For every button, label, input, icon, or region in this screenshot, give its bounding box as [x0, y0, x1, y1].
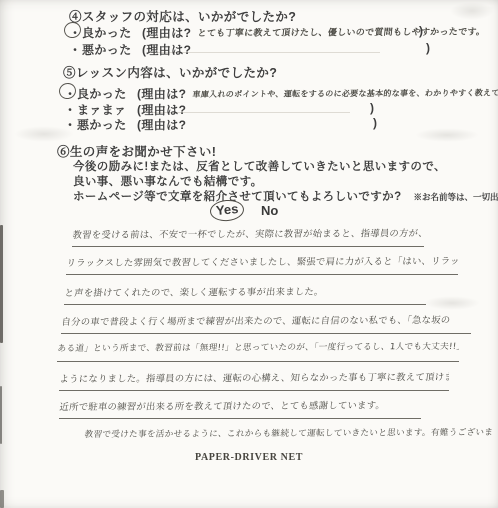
scan-smudge	[450, 2, 494, 20]
answer-yes: Yes	[210, 200, 244, 221]
response-line: ようになりました。指導員の方には、運転の心構え、知らなかった事も丁寧に教えて頂け…	[59, 371, 449, 391]
answer-no: No	[261, 203, 278, 218]
q6-intro-line-1: 今後の励みに!または、反省として改善していきたいと思いますので、	[73, 158, 446, 174]
option-bullet: ・	[64, 116, 77, 133]
closing-paren: )	[426, 41, 430, 55]
brand-footer: PAPER-DRIVER NET	[0, 452, 498, 463]
yes-label: Yes	[215, 201, 239, 218]
option-label: 悪かった	[77, 116, 131, 133]
question-5-title: ⑤レッスン内容は、いかがでしたか?	[63, 63, 277, 81]
q5-option-bad: ・ 悪かった (理由は?	[64, 116, 186, 133]
scanned-survey-page: ④スタッフの対応は、いかがでしたか? ・ 良かった (理由は? とても丁寧に教え…	[0, 0, 498, 508]
no-label: No	[261, 203, 278, 218]
response-line: 自分の車で普段よく行く場所まで練習が出来たので、運転に自信のない私でも、「急な坂…	[61, 314, 471, 334]
reason-label: (理由は?	[137, 116, 186, 133]
response-line: ある道」という所まで、教習前は「無理!!」と思っていたのが、「一度行ってるし、1…	[57, 342, 459, 362]
response-line: リラックスした雰囲気で教習してくださいましたし、緊張で肩に力が入ると「はい、リラ…	[66, 255, 458, 275]
q5-option-good: ・ 良かった (理由は? 車庫入れのポイントや、運転をするのに必要な基本的な事を…	[64, 85, 498, 102]
handwritten-answer: とても丁寧に教えて頂けたし、優しいので質問もしやすかったです。	[197, 24, 486, 39]
response-line: 教習を受ける前は、不安で一杯でしたが、実際に教習が始まると、指導員の方が、終始	[72, 227, 424, 247]
response-line: と声を掛けてくれたので、楽しく運転する事が出来ました。	[64, 285, 426, 305]
option-bullet: ・	[69, 24, 82, 41]
option-label: 良かった	[77, 85, 131, 102]
q4-option-bad: ・ 悪かった (理由は?	[69, 41, 191, 58]
reason-label: (理由は?	[142, 41, 191, 58]
scan-edge-artifact	[0, 490, 4, 508]
q6-intro-line-2: 良い事、悪い事なんでも結構です。	[73, 173, 262, 189]
option-bullet: ・	[69, 41, 82, 58]
response-line: 教習で受けた事を活かせるように、これからも継続して運転していきたいと思います。有…	[84, 428, 492, 447]
option-bullet: ・	[64, 85, 77, 102]
closing-paren: )	[419, 24, 423, 38]
handwritten-answer: 車庫入れのポイントや、運転をするのに必要な基本的な事を、わかりやすく教えて頂きま…	[192, 87, 498, 100]
reason-label: (理由は?	[137, 85, 186, 102]
closing-paren: )	[373, 116, 377, 130]
privacy-note: ※お名前等は、一切出ません	[414, 192, 498, 202]
scan-smudge	[415, 128, 479, 142]
scan-edge-artifact	[0, 225, 3, 343]
closing-paren: )	[370, 101, 374, 115]
response-line: 近所で駐車の練習が出来る所を教えて頂けたので、とても感謝しています。	[59, 399, 421, 419]
option-label: 悪かった	[82, 41, 136, 58]
reason-label: (理由は?	[142, 24, 191, 41]
question-4-title: ④スタッフの対応は、いかがでしたか?	[69, 7, 296, 25]
yes-selection-circle: Yes	[209, 199, 245, 223]
scan-smudge	[424, 296, 480, 310]
q6-permission-question: ホームページ等で文章を紹介させて頂いてもよろしいですか?※お名前等は、一切出ませ…	[73, 188, 498, 204]
option-label: 良かった	[82, 24, 136, 41]
scan-edge-artifact	[0, 386, 2, 444]
